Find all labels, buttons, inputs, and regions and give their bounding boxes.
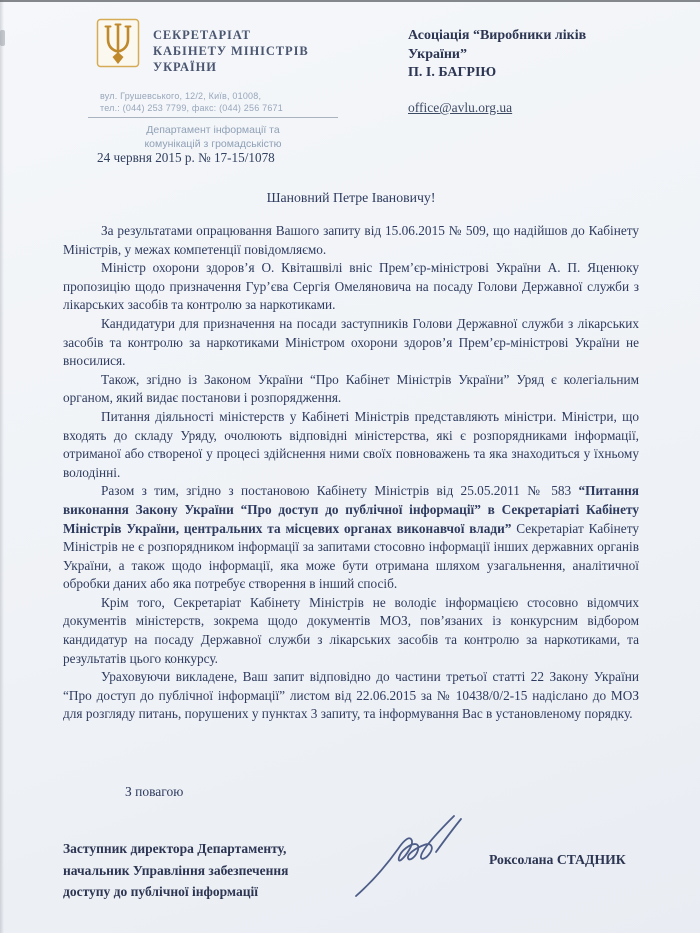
- scan-smudge-artifact: [0, 30, 5, 46]
- letter-paragraph-5: Питання діяльності міністерств у Кабінет…: [63, 408, 639, 482]
- date-reference-number: 24 червня 2015 р. № 17-15/1078: [97, 150, 275, 166]
- letter-paragraph-8: Ураховуючи викладене, Ваш запит відповід…: [63, 668, 639, 724]
- addressee-line: П. І. БАГРІЮ: [408, 64, 648, 83]
- signer-title: Заступник директора Департаменту, началь…: [63, 838, 288, 903]
- closing-regards: З повагою: [125, 784, 183, 800]
- signer-name: Роксолана СТАДНИК: [489, 852, 626, 868]
- department-name-line: комунікацій з громадськістю: [88, 138, 338, 152]
- salutation: Шановний Петре Івановичу!: [63, 190, 639, 206]
- letter-paragraph-7: Крім того, Секретаріат Кабінету Міністрі…: [63, 594, 639, 668]
- signer-title-line: Заступник директора Департаменту,: [63, 838, 288, 860]
- scan-top-edge-artifact: [0, 0, 700, 2]
- letter-paragraph-6: Разом з тим, згідно з постановою Кабінет…: [63, 482, 639, 594]
- org-name: СЕКРЕТАРІАТ КАБІНЕТУ МІНІСТРІВ УКРАЇНИ: [153, 27, 309, 75]
- org-name-line: СЕКРЕТАРІАТ: [153, 27, 309, 43]
- org-name-line: УКРАЇНИ: [153, 59, 309, 75]
- addressee-line: Асоціація “Виробники ліків: [408, 27, 648, 46]
- letter-body: За результатами опрацювання Вашого запит…: [63, 222, 639, 724]
- letter-paragraph-3: Кандидатури для призначення на посади за…: [63, 315, 639, 371]
- org-address-line: вул. Грушевського, 12/2, Київ, 01008,: [100, 91, 283, 103]
- org-name-line: КАБІНЕТУ МІНІСТРІВ: [153, 43, 309, 59]
- signer-title-line: начальник Управління забезпечення: [63, 860, 288, 882]
- signer-title-line: доступу до публічної інформації: [63, 881, 288, 903]
- addressee-line: України”: [408, 46, 648, 65]
- paragraph-6-pre: Разом з тим, згідно з постановою Кабінет…: [101, 483, 578, 498]
- addressee-block: Асоціація “Виробники ліків України” П. І…: [408, 27, 648, 83]
- ukraine-trident-emblem-icon: [96, 18, 140, 68]
- department-name: Департамент інформації та комунікацій з …: [88, 124, 338, 151]
- handwritten-signature-icon: [348, 806, 488, 908]
- letterhead-divider: [88, 117, 338, 118]
- addressee-email-link[interactable]: office@avlu.org.ua: [408, 100, 512, 116]
- letter-paragraph-4: Також, згідно із Законом України “Про Ка…: [63, 371, 639, 408]
- org-address-line: тел.: (044) 253 7799, факс: (044) 256 76…: [100, 103, 283, 115]
- letter-paragraph-1: За результатами опрацювання Вашого запит…: [63, 222, 639, 259]
- scanned-letter-page: СЕКРЕТАРІАТ КАБІНЕТУ МІНІСТРІВ УКРАЇНИ в…: [0, 0, 700, 933]
- org-address: вул. Грушевського, 12/2, Київ, 01008, те…: [100, 91, 283, 114]
- scan-left-edge-shade: [0, 0, 4, 933]
- letter-paragraph-2: Міністр охорони здоров’я О. Квіташвілі в…: [63, 259, 639, 315]
- department-name-line: Департамент інформації та: [88, 124, 338, 138]
